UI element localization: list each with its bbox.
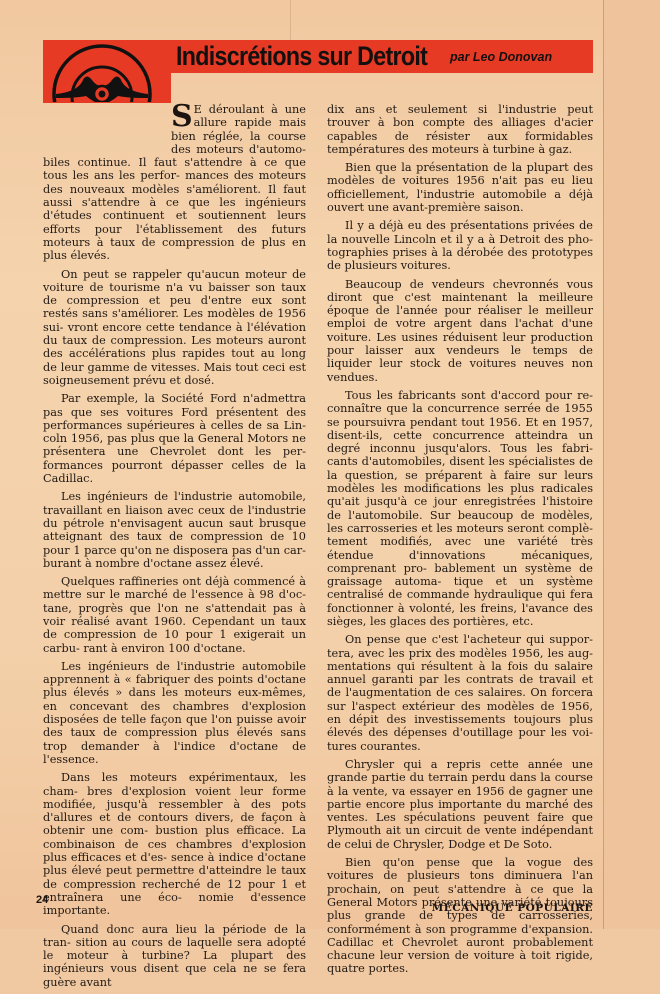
magazine-name: MÉCANIQUE POPULAIRE [420, 902, 593, 914]
paragraph: On pense que c'est l'acheteur qui suppor… [327, 633, 593, 753]
paragraph: Bien qu'on pense que la vogue des voitur… [327, 856, 593, 929]
paragraph: Il y a déjà eu des présentations privées… [327, 219, 593, 272]
article-title: Indiscrétions sur Detroit [176, 40, 427, 73]
paper-fold [290, 0, 291, 40]
paragraph: Les ingénieurs de l'industrie automobile… [43, 660, 306, 766]
paragraph: Bien que la présentation de la plupart d… [327, 161, 593, 214]
paragraph: Chrysler qui a repris cette année une gr… [327, 758, 593, 851]
paragraph: On peut se rappeler qu'aucun moteur de v… [43, 268, 306, 388]
paragraph: Tous les fabricants sont d'accord pour r… [327, 389, 593, 628]
article-column-left: SE déroulant à une allure rapide mais bi… [43, 103, 306, 929]
icon-spacer [43, 103, 171, 156]
paragraph: Les ingénieurs de l'industrie automobile… [43, 490, 306, 570]
drop-cap: S [171, 105, 193, 129]
steering-wheel-icon [46, 42, 158, 102]
paragraph: dix ans et seulement si l'industrie peut… [327, 103, 593, 156]
paragraph: Quelques raffineries ont déjà commencé à… [43, 575, 306, 655]
paragraph: Beaucoup de vendeurs chevronnés vous dir… [327, 278, 593, 384]
paragraph: Quand donc aura lieu la période de la tr… [43, 923, 306, 929]
article-column-right: dix ans et seulement si l'industrie peut… [327, 103, 593, 929]
page-number: 24 [36, 894, 48, 906]
article-byline: par Leo Donovan [450, 46, 552, 68]
facing-page-edge [603, 0, 660, 929]
paragraph: Par exemple, la Société Ford n'admettra … [43, 392, 306, 485]
magazine-page: Indiscrétions sur Detroit par Leo Donova… [0, 0, 660, 929]
paragraph: Dans les moteurs expérimentaux, les cham… [43, 771, 306, 917]
